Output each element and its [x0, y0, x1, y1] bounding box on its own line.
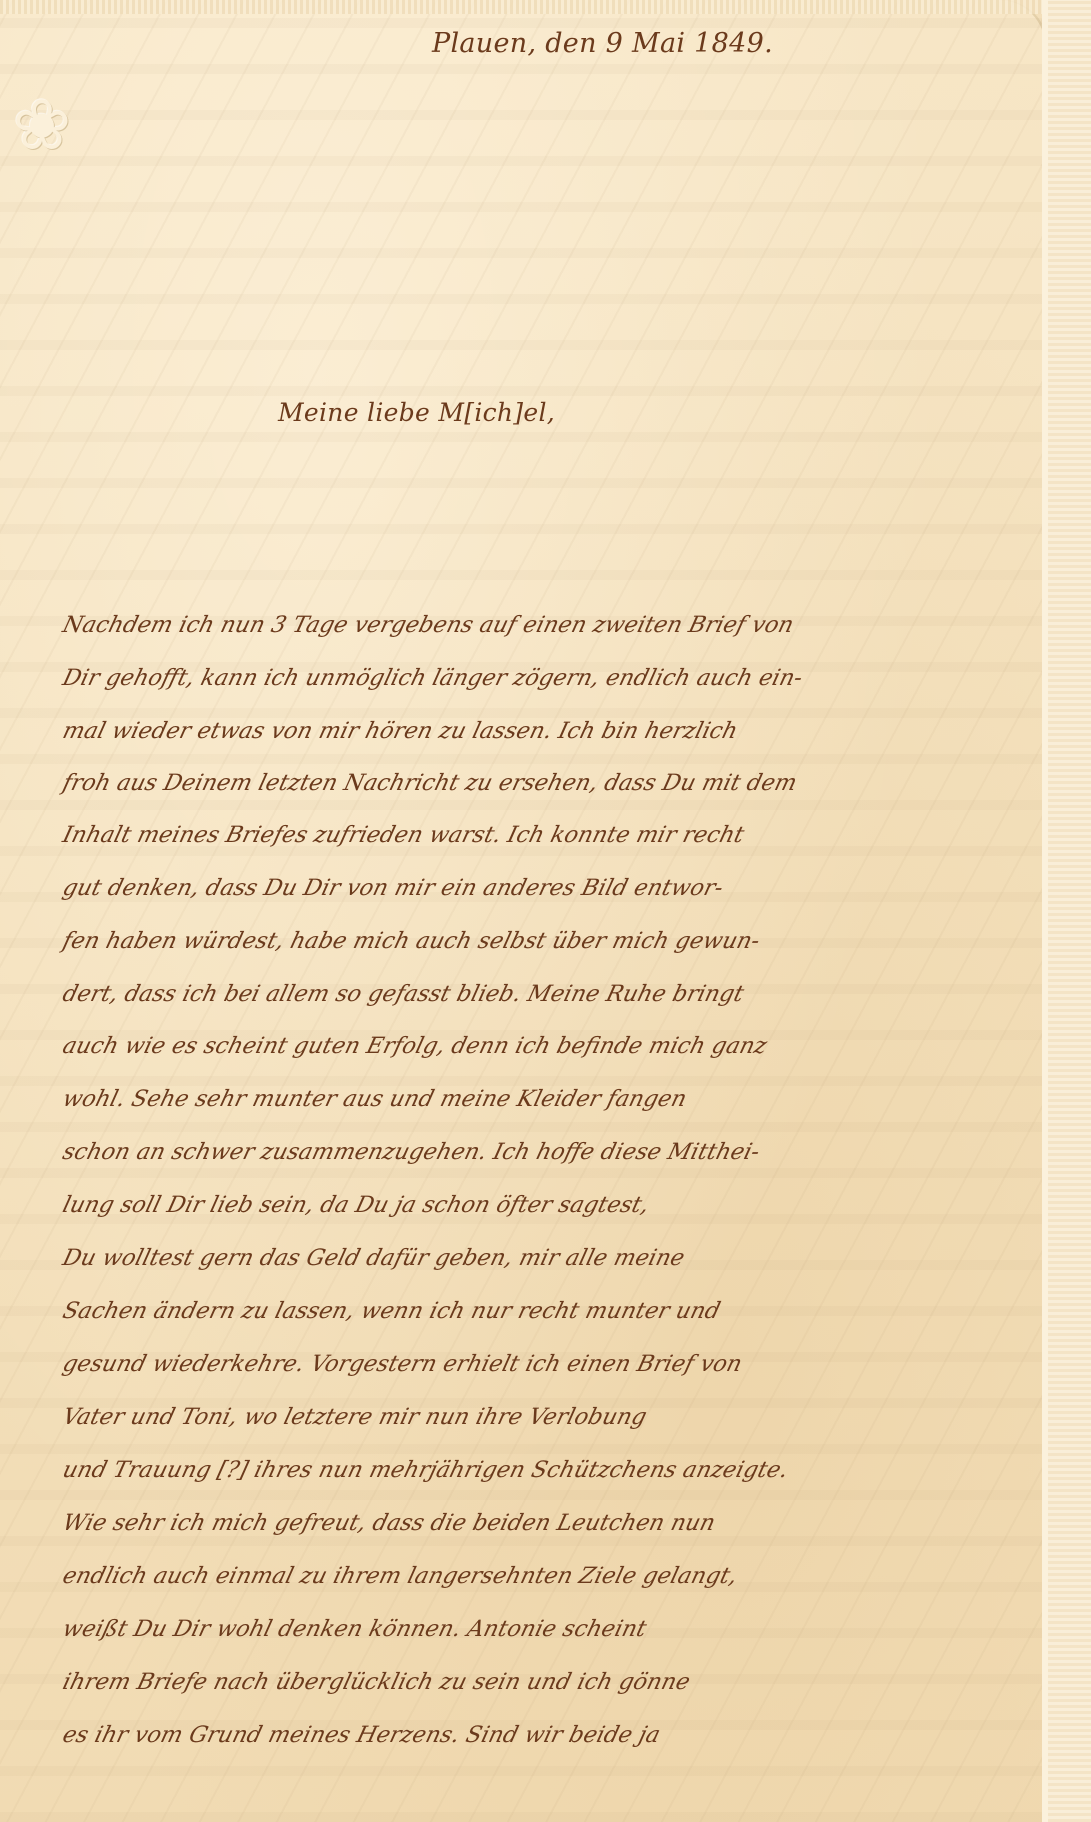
letter-line: Du wolltest gern das Geld dafür geben, m…: [60, 1245, 687, 1271]
letter-line: schon an schwer zusammenzugehen. Ich hof…: [60, 1139, 762, 1165]
letter-line: Nachdem ich nun 3 Tage vergebens auf ein…: [60, 612, 796, 638]
letter-line: gesund wiederkehre. Vorgestern erhielt i…: [60, 1351, 745, 1377]
letter-line: ihrem Briefe nach überglücklich zu sein …: [60, 1669, 693, 1695]
letter-line: fen haben würdest, habe mich auch selbst…: [60, 928, 763, 954]
letter-line: weißt Du Dir wohl denken können. Antonie…: [60, 1616, 649, 1642]
letter-line: lung soll Dir lieb sein, da Du ja schon …: [60, 1192, 652, 1218]
letter-line: dert, dass ich bei allem so gefasst blie…: [60, 981, 746, 1007]
letter-salutation: Meine liebe M[ich]el,: [278, 398, 555, 427]
letter-line: froh aus Deinem letzten Nachricht zu ers…: [60, 770, 800, 796]
letter-line: wohl. Sehe sehr munter aus und meine Kle…: [60, 1086, 689, 1112]
letter-line: Inhalt meines Briefes zufrieden warst. I…: [60, 822, 747, 848]
right-embossed-border: [1042, 0, 1091, 1822]
floral-emboss-icon: ❀: [2, 55, 82, 195]
letter-line: Wie sehr ich mich gefreut, dass die beid…: [60, 1510, 718, 1536]
letter-line: Dir gehofft, kann ich unmöglich länger z…: [60, 665, 805, 691]
letter-line: Sachen ändern zu lassen, wenn ich nur re…: [60, 1298, 723, 1324]
letter-page: [0, 0, 1048, 1822]
top-deckle-edge: [0, 0, 1048, 14]
letter-line: Vater und Toni, wo letztere mir nun ihre…: [60, 1404, 649, 1430]
letter-line: mal wieder etwas von mir hören zu lassen…: [60, 718, 740, 744]
letter-line: gut denken, dass Du Dir von mir ein ande…: [60, 875, 726, 901]
letter-dateline: Plauen, den 9 Mai 1849.: [432, 28, 773, 59]
letter-line: endlich auch einmal zu ihrem langersehnt…: [60, 1563, 740, 1589]
letter-line: es ihr vom Grund meines Herzens. Sind wi…: [60, 1722, 663, 1748]
letter-line: und Trauung [?] ihres nun mehrjährigen S…: [60, 1457, 791, 1483]
letter-line: auch wie es scheint guten Erfolg, denn i…: [60, 1033, 770, 1059]
